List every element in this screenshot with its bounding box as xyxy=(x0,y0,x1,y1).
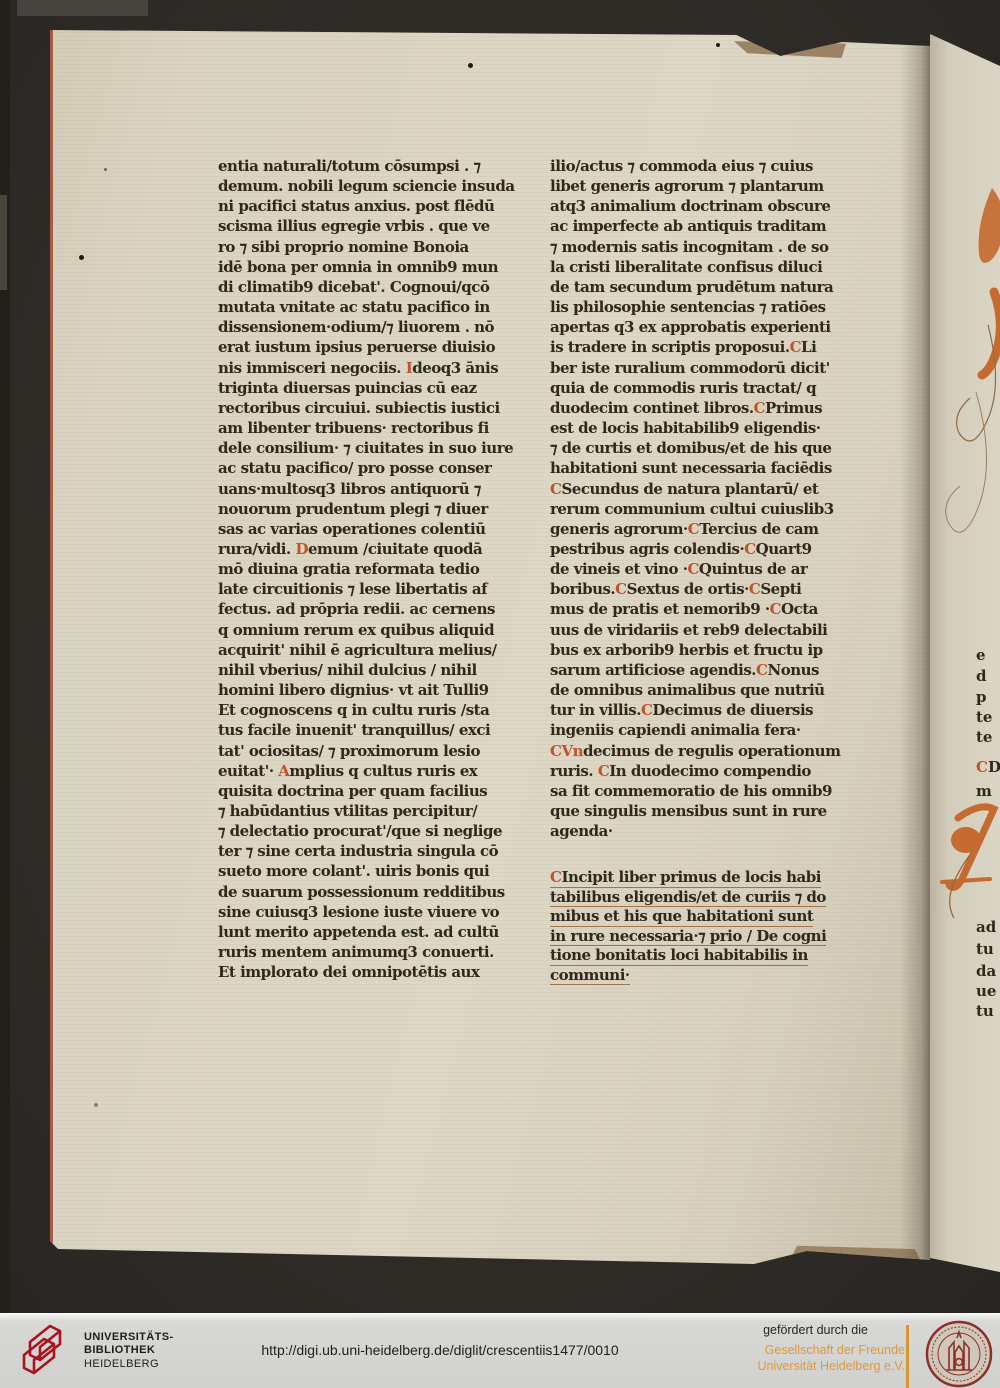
rubricated-initial: Vn xyxy=(561,742,583,760)
text-line: idē bona per omnia in omnib9 mun xyxy=(218,257,486,277)
text-line: communi· xyxy=(550,966,630,986)
text-line: de omnibus animalibus que nutriū xyxy=(550,680,850,700)
text-line: Et cognoscens q in cultu ruris /sta xyxy=(218,700,486,720)
edge-text-fragment: tu xyxy=(976,940,994,958)
funding-credit-label: gefördert durch die xyxy=(763,1323,868,1337)
funding-organization-line1: Gesellschaft der Freunde xyxy=(757,1343,905,1359)
text-line: ruris. CIn duodecimo compendio xyxy=(550,761,850,781)
edge-text-fragment: CD xyxy=(976,758,1000,776)
rubric-mark: C xyxy=(770,600,781,618)
rubricated-initial: I xyxy=(406,359,413,377)
text-line: la cristi liberalitate confisus diluci xyxy=(550,257,850,277)
text-line: quisita doctrina per quam facilius xyxy=(218,781,486,801)
document-url: http://digi.ub.uni-heidelberg.de/diglit/… xyxy=(120,1342,760,1358)
paper-speck xyxy=(104,168,107,171)
text-line: libet generis agrorum ⁊ plantarum xyxy=(550,176,850,196)
rubric-mark: C xyxy=(550,742,561,760)
text-line: quia de commodis ruris tractat/ q xyxy=(550,378,850,398)
text-line: uans·multosq3 libros antiquorū ⁊ xyxy=(218,479,486,499)
manuscript-page: entia naturali/totum cōsumpsi . ⁊demum. … xyxy=(50,20,930,1265)
text-line: tione bonitatis loci habitabilis in xyxy=(550,946,808,966)
text-line: in rure necessaria·⁊ prio / De cogni xyxy=(550,927,826,947)
text-line: rectoribus circuiui. subiectis iustici xyxy=(218,398,486,418)
text-line: lis philosophie sentencias ⁊ ratiōes xyxy=(550,297,850,317)
rubric-mark: C xyxy=(976,758,988,776)
rubricated-initial: D xyxy=(295,540,308,558)
text-line: ber iste ruralium commodorū dicit' xyxy=(550,358,850,378)
text-line: tur in villis.CDecimus de diuersis xyxy=(550,700,850,720)
text-line: que singulis mensibus sunt in rure xyxy=(550,801,850,821)
text-line: euitat'· Amplius q cultus ruris ex xyxy=(218,761,486,781)
text-line: tus facile inuenit' tranquillus/ exci xyxy=(218,720,486,740)
rubric-mark: C xyxy=(550,480,561,498)
text-line: CVndecimus de regulis operationum xyxy=(550,741,850,761)
text-line: habitationi sunt necessaria faciēdis xyxy=(550,458,850,478)
text-line: fectus. ad prōpria redii. ac cernens xyxy=(218,599,486,619)
rubric-mark: C xyxy=(688,520,699,538)
rubric-mark: C xyxy=(598,762,609,780)
rubric-mark: C xyxy=(687,560,698,578)
rubric-mark: C xyxy=(756,661,767,679)
edge-text-fragment: da xyxy=(976,962,996,980)
left-text-column: entia naturali/totum cōsumpsi . ⁊demum. … xyxy=(218,156,486,982)
text-line: ⁊ de curtis et domibus/et de his que xyxy=(550,438,850,458)
text-line: triginta diuersas puincias cū eaz xyxy=(218,378,486,398)
text-line: mutata vnitate ac statu pacifico in xyxy=(218,297,486,317)
text-line: ⁊ modernis satis incognitam . de so xyxy=(550,237,850,257)
text-line: ingeniis capiendi animalia fera· xyxy=(550,720,850,740)
text-line: nouorum prudentum plegi ⁊ diuer xyxy=(218,499,486,519)
text-line: sarum artificiose agendis.CNonus xyxy=(550,660,850,680)
text-line: bus ex arborib9 herbis et fructu ip xyxy=(550,640,850,660)
text-line: CIncipit liber primus de locis habi xyxy=(550,868,821,888)
text-line: mō diuina gratia reformata tedio xyxy=(218,559,486,579)
text-line: demum. nobili legum sciencie insuda xyxy=(218,176,486,196)
text-line: Et implorato dei omnipotētis aux xyxy=(218,962,486,982)
text-line: homini libero dignius· vt ait Tulli9 xyxy=(218,680,486,700)
text-line: generis agrorum·CTercius de cam xyxy=(550,519,850,539)
rubricated-initial: A xyxy=(278,762,289,780)
edge-text-fragment: d xyxy=(976,667,987,685)
text-line: rura/vidi. Demum /ciuitate quodā xyxy=(218,539,486,559)
edge-text-fragment: p xyxy=(976,688,987,706)
text-line: ac statu pacifico/ pro posse conser xyxy=(218,458,486,478)
text-line: de vineis et vino ·CQuintus de ar xyxy=(550,559,850,579)
funding-organization: Gesellschaft der Freunde Universität Hei… xyxy=(757,1343,905,1374)
text-line: tat' ociositas/ ⁊ proximorum lesio xyxy=(218,741,486,761)
text-line: boribus.CSextus de ortis·CSepti xyxy=(550,579,850,599)
edge-text-fragment: tu xyxy=(976,1002,994,1020)
text-line: uus de viridariis et reb9 delectabili xyxy=(550,620,850,640)
text-line: mibus et his que habitationi sunt xyxy=(550,907,813,927)
funding-organization-line2: Universität Heidelberg e.V. xyxy=(757,1359,905,1375)
edge-text-fragment: te xyxy=(976,708,992,726)
text-line: scisma illius egregie vrbis . que ve xyxy=(218,216,486,236)
text-line: de suarum possessionum redditibus xyxy=(218,882,486,902)
text-line: ac imperfecte ab antiquis traditam xyxy=(550,216,850,236)
text-line: is tradere in scriptis proposui.CLi xyxy=(550,337,850,357)
text-line: CSecundus de natura plantarū/ et xyxy=(550,479,850,499)
text-line: sa fit commemoratio de his omnib9 xyxy=(550,781,850,801)
text-line: late circuitionis ⁊ lese libertatis af xyxy=(218,579,486,599)
edge-text-fragment: ad xyxy=(976,918,996,936)
text-line: ⁊ delectatio procurat'/que si neglige xyxy=(218,821,486,841)
text-line: ro ⁊ sibi proprio nomine Bonoia xyxy=(218,237,486,257)
edge-text-fragment: te xyxy=(976,728,992,746)
rubric-mark: C xyxy=(615,580,626,598)
text-line: sas ac varias operationes colentiū xyxy=(218,519,486,539)
text-line: duodecim continet libros.CPrimus xyxy=(550,398,850,418)
edge-text-fragment: m xyxy=(976,782,992,800)
rubric-mark: C xyxy=(754,399,765,417)
text-line: nis immisceri negociis. Ideoq3 ānis xyxy=(218,358,486,378)
rubric-mark: C xyxy=(790,338,801,356)
library-name-line3: HEIDELBERG xyxy=(84,1358,174,1372)
text-line: de tam secundum prudētum natura xyxy=(550,277,850,297)
text-line: sine cuiusq3 lesione iuste viuere vo xyxy=(218,902,486,922)
scanner-bed-block xyxy=(17,0,148,16)
rubric-mark: C xyxy=(749,580,760,598)
library-books-icon xyxy=(16,1322,74,1380)
text-line: lunt merito appetenda est. ad cultū xyxy=(218,922,486,942)
text-line: acquirit' nihil ē agricultura melius/ xyxy=(218,640,486,660)
university-seal xyxy=(924,1318,994,1388)
text-line: ruris mentem animumq3 conuerti. xyxy=(218,942,486,962)
text-line: pestribus agris colendis·CQuart9 xyxy=(550,539,850,559)
text-line: erat iustum ipsius peruerse diuisio xyxy=(218,337,486,357)
text-line: dele consilium· ⁊ ciuitates in suo iure xyxy=(218,438,486,458)
right-text-column: ilio/actus ⁊ commoda eius ⁊ cuiuslibet g… xyxy=(550,156,850,841)
text-line: apertas q3 ex approbatis experienti xyxy=(550,317,850,337)
decorative-flourish xyxy=(930,20,1000,1272)
text-line: dissensionem·odium/⁊ liuorem . nō xyxy=(218,317,486,337)
footer-bar: UNIVERSITÄTS- BIBLIOTHEK HEIDELBERG http… xyxy=(0,1313,1000,1388)
text-line: agenda· xyxy=(550,821,850,841)
paper-speck xyxy=(79,255,84,260)
text-line: ⁊ habūdantius vtilitas percipitur/ xyxy=(218,801,486,821)
binding-highlight xyxy=(0,195,7,290)
text-line: ter ⁊ sine certa industria singula cō xyxy=(218,841,486,861)
incipit-section: CIncipit liber primus de locis habitabil… xyxy=(550,868,826,985)
rubric-mark: C xyxy=(744,540,755,558)
rubric-mark: C xyxy=(641,701,652,719)
text-line: ni pacifici status anxius. post flēdū xyxy=(218,196,486,216)
text-line: mus de pratis et nemorib9 ·COcta xyxy=(550,599,850,619)
text-line: q omnium rerum ex quibus aliquid xyxy=(218,620,486,640)
text-line: rerum communium cultui cuiuslib3 xyxy=(550,499,850,519)
edge-text-fragment: e xyxy=(976,646,986,664)
scan-background: entia naturali/totum cōsumpsi . ⁊demum. … xyxy=(0,0,1000,1313)
text-line: di climatib9 dicebat'. Cognoui/qcō xyxy=(218,277,486,297)
text-line: ilio/actus ⁊ commoda eius ⁊ cuius xyxy=(550,156,850,176)
paper-speck xyxy=(468,63,473,68)
red-page-edge xyxy=(50,29,53,1243)
text-line: entia naturali/totum cōsumpsi . ⁊ xyxy=(218,156,486,176)
text-line: nihil vberius/ nihil dulcius / nihil xyxy=(218,660,486,680)
paper-speck xyxy=(94,1103,98,1107)
facing-page-strip: edpteteCDmadtudauetu xyxy=(930,20,1000,1272)
gutter-shadow xyxy=(900,20,930,1265)
text-line: am libenter tribuens· rectoribus fi xyxy=(218,418,486,438)
paper-speck xyxy=(716,43,720,47)
corner-tear-top xyxy=(734,34,846,58)
edge-text-fragment: ue xyxy=(976,982,996,1000)
footer-divider xyxy=(906,1325,909,1388)
text-line: est de locis habitabilib9 eligendis· xyxy=(550,418,850,438)
text-line: sueto more colant'. uiris bonis qui xyxy=(218,861,486,881)
text-line: tabilibus eligendis/et de curiis ⁊ do xyxy=(550,888,826,908)
rubric-mark: C xyxy=(550,868,561,886)
text-line: atq3 animalium doctrinam obscure xyxy=(550,196,850,216)
